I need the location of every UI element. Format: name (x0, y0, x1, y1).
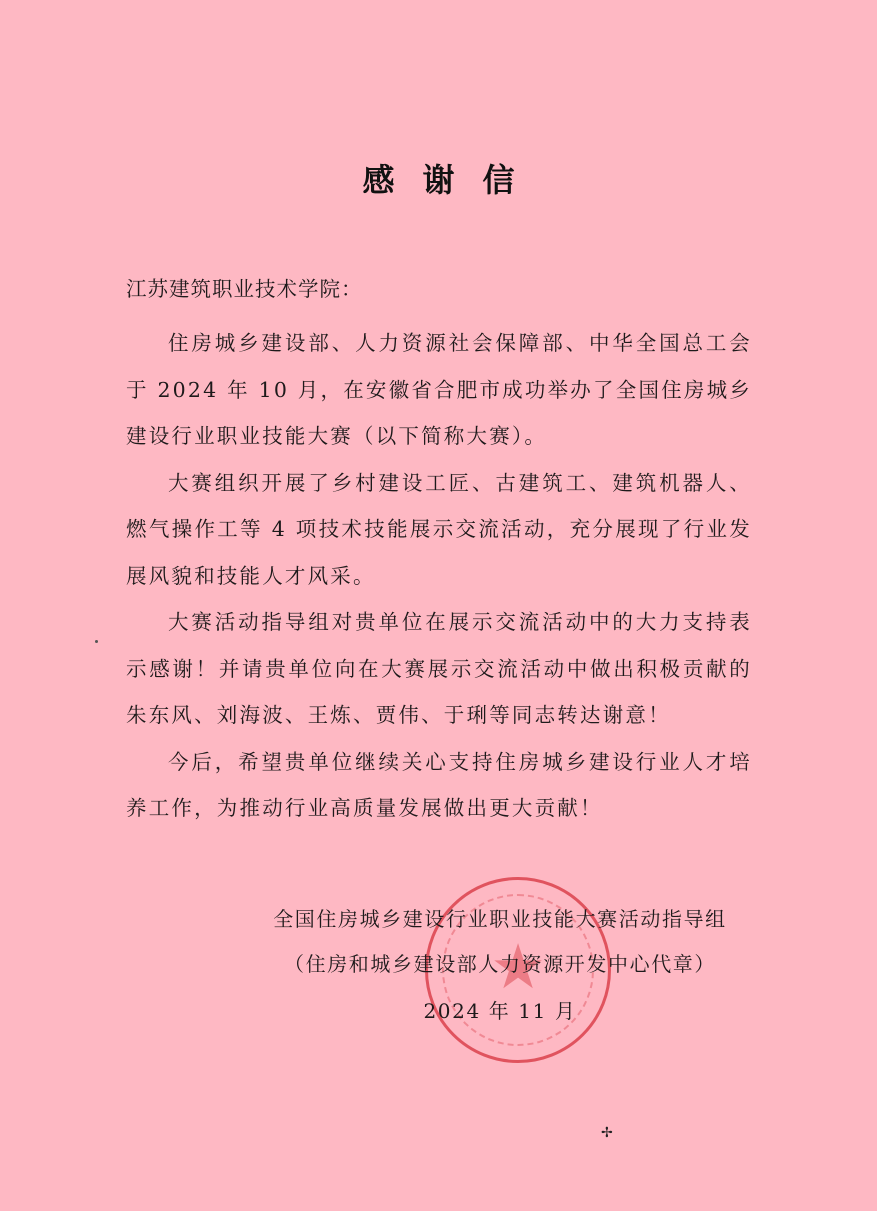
paragraph-activities: 大赛组织开展了乡村建设工匠、古建筑工、建筑机器人、燃气操作工等 4 项技术技能展… (126, 460, 752, 600)
paragraph-thanks: 大赛活动指导组对贵单位在展示交流活动中的大力支持表示感谢！并请贵单位向在大赛展示… (126, 599, 752, 739)
signature-date: 2024 年 11 月 (380, 995, 620, 1024)
paragraph-event: 住房城乡建设部、人力资源社会保障部、中华全国总工会于 2024 年 10 月，在… (126, 320, 752, 460)
paragraph-closing: 今后，希望贵单位继续关心支持住房城乡建设行业人才培养工作，为推动行业高质量发展做… (126, 739, 752, 832)
letter-title: 感谢信 (0, 155, 877, 201)
salutation: 江苏建筑职业技术学院： (126, 272, 363, 302)
letter-page: 感谢信 江苏建筑职业技术学院： 住房城乡建设部、人力资源社会保障部、中华全国总工… (0, 0, 877, 1211)
stray-dot (95, 640, 98, 643)
signature-organization: 全国住房城乡建设行业职业技能大赛活动指导组 (240, 903, 760, 932)
letter-body: 住房城乡建设部、人力资源社会保障部、中华全国总工会于 2024 年 10 月，在… (126, 320, 752, 832)
stray-mark-icon: ✢ (601, 1125, 613, 1141)
signature-note: （住房和城乡建设部人力资源开发中心代章） (240, 948, 760, 977)
